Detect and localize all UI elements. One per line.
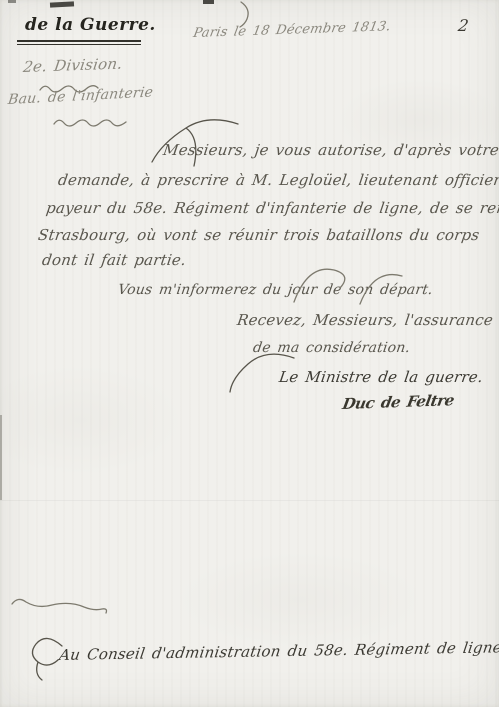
letterhead-rule <box>17 40 141 45</box>
page-number: 2 <box>457 16 470 35</box>
scan-artifact <box>0 415 2 500</box>
scan-artifact <box>0 500 499 501</box>
minister-title: Le Ministre de la guerre. <box>278 368 484 386</box>
body-line: demande, à prescrire à M. Legloüel, lieu… <box>57 171 499 189</box>
scan-artifact <box>203 0 214 4</box>
bureau-label: Bau. de l'infanterie <box>7 84 154 108</box>
dateline: Paris le 18 Décembre 1813. <box>192 19 392 41</box>
letterhead-department: de la Guerre. <box>25 15 156 35</box>
body-line: Messieurs, je vous autorise, d'après vot… <box>162 141 499 159</box>
scan-artifact <box>50 1 74 7</box>
body-line: Strasbourg, où vont se réunir trois bata… <box>37 226 481 244</box>
footer-address: Au Conseil d'administration du 58e. Régi… <box>58 637 499 664</box>
signature: Duc de Feltre <box>341 391 455 413</box>
footer-flourish-icon <box>10 596 114 616</box>
document-page: de la Guerre. Paris le 18 Décembre 1813.… <box>0 0 499 707</box>
flourish-underline-icon <box>52 117 130 127</box>
body-line: dont il fait partie. <box>41 251 187 269</box>
closing-line: Recevez, Messieurs, l'assurance <box>236 311 494 329</box>
scan-artifact <box>8 0 16 3</box>
division-label: 2e. Division. <box>22 55 124 76</box>
closing-flourish-icon <box>290 262 410 308</box>
body-line: payeur du 58e. Régiment d'infanterie de … <box>45 199 499 217</box>
